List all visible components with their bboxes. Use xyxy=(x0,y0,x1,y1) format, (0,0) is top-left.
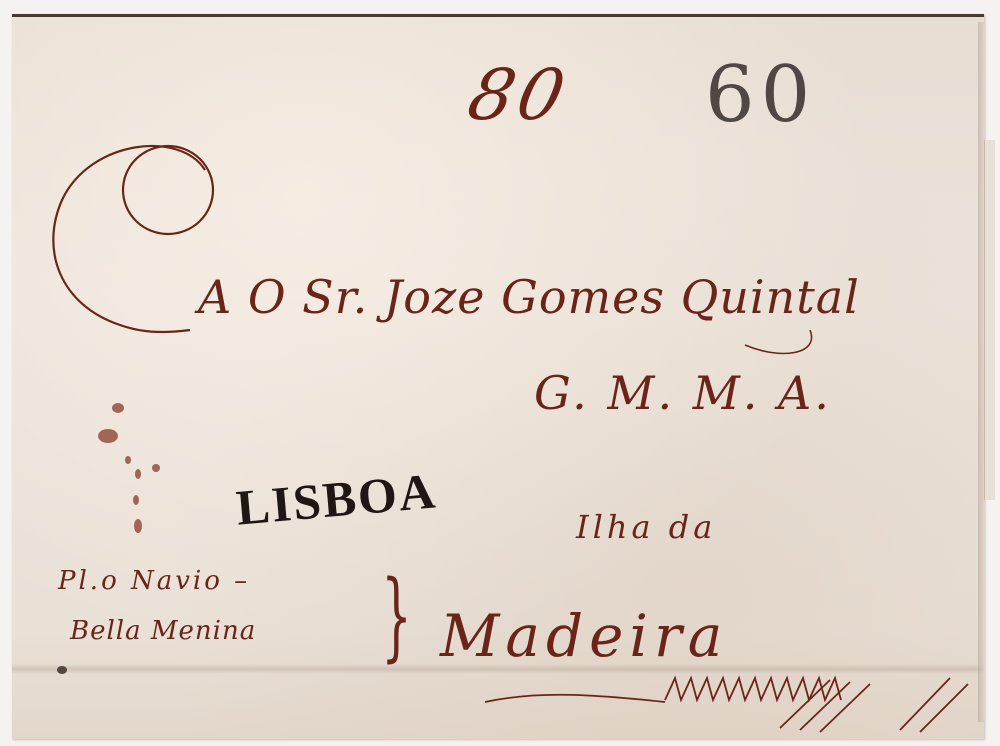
side-flap xyxy=(984,140,995,500)
address-line-3: Ilha da xyxy=(576,508,716,546)
brace-mark: } xyxy=(381,560,412,672)
handstamp-rate: 60 xyxy=(705,50,816,140)
ship-endorsement-line-2: Bella Menina xyxy=(70,616,256,646)
manuscript-rate: 80 xyxy=(461,54,576,136)
address-line-4: Madeira xyxy=(440,602,728,670)
address-line-1: A O Sr. Joze Gomes Quintal xyxy=(198,270,860,324)
ship-endorsement-line-1: Pl.o Navio – xyxy=(58,566,250,596)
address-line-2: G. M. M. A. xyxy=(534,366,832,420)
